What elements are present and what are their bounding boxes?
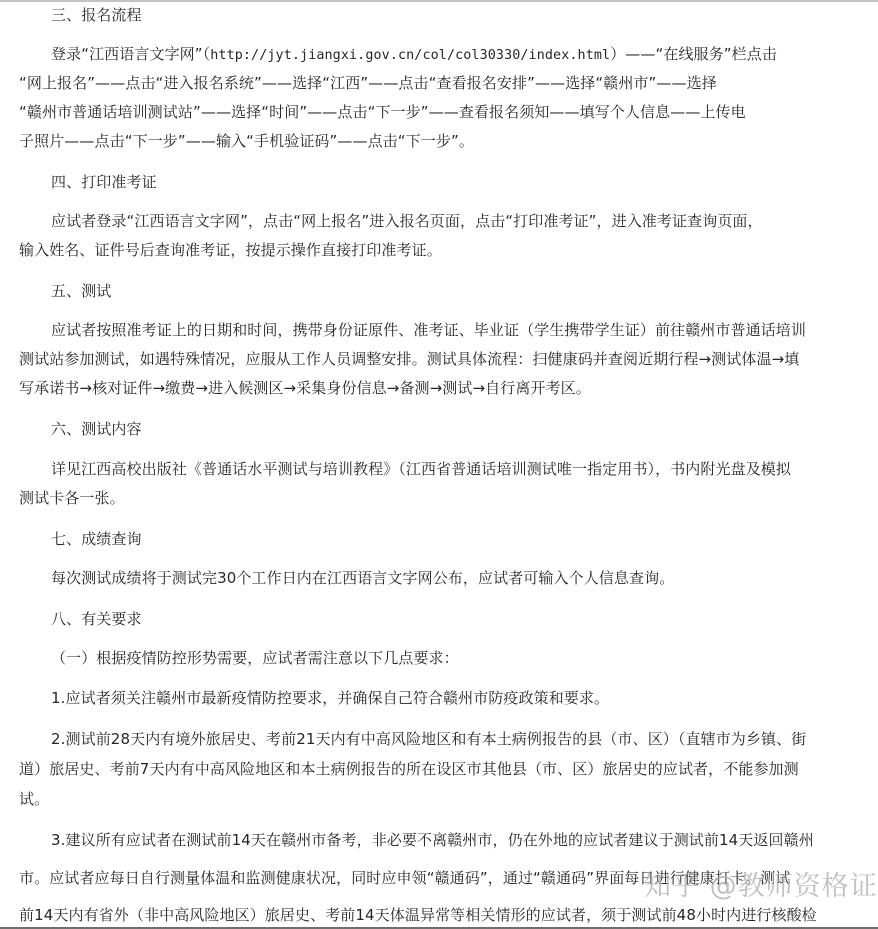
- zhihu-watermark: 知乎 @教师资格证: [644, 872, 878, 902]
- section-heading-test: 五、测试: [51, 281, 111, 301]
- section-heading-admission-ticket: 四、打印准考证: [51, 172, 157, 192]
- registration-line-1: 登录“江西语言文字网”（http://jyt.jiangxi.gov.cn/co…: [51, 44, 777, 66]
- test-line-1: 应试者按照准考证上的日期和时间，携带身份证原件、准考证、毕业证（学生携带学生证）…: [51, 320, 806, 340]
- top-border: [0, 0, 878, 2]
- section-heading-registration: 三、报名流程: [51, 5, 142, 25]
- requirement-item-1: 1.应试者须关注赣州市最新疫情防控要求，并确保自己符合赣州市防疫政策和要求。: [51, 688, 609, 708]
- requirement-item-2-line-3: 试。: [19, 789, 49, 809]
- content-line-1: 详见江西高校出版社《普通话水平测试与培训教程》（江西省普通话培训测试唯一指定用书…: [51, 459, 791, 479]
- test-line-2: 测试站参加测试，如遇特殊情况，应服从工作人员调整安排。测试具体流程：扫健康码并查…: [19, 349, 799, 369]
- content-line-2: 测试卡各一张。: [19, 488, 125, 508]
- admission-line-1: 应试者登录“江西语言文字网”，点击“网上报名”进入报名页面，点击“打印准考证”，…: [51, 211, 763, 231]
- score-line-1: 每次测试成绩将于测试完30个工作日内在江西语言文字网公布，应试者可输入个人信息查…: [51, 568, 674, 588]
- section-heading-test-content: 六、测试内容: [51, 419, 142, 439]
- admission-line-2: 输入姓名、证件号后查询准考证，按提示操作直接打印准考证。: [19, 240, 442, 260]
- registration-line-3: “赣州市普通话培训测试站”——选择“时间”——点击“下一步”——查看报名须知——…: [19, 102, 746, 122]
- section-heading-score-query: 七、成绩查询: [51, 529, 142, 549]
- registration-line-2: “网上报名”——点击“进入报名系统”——选择“江西”——点击“查看报名安排”——…: [19, 73, 717, 93]
- requirement-item-2-line-2: 道）旅居史、考前7天内有中高风险地区和本土病例报告的所在设区市其他县（市、区）旅…: [19, 759, 799, 779]
- test-line-3: 写承诺书→核对证件→缴费→进入候测区→采集身份信息→备测→测试→自行离开考区。: [19, 378, 591, 398]
- registration-url-link[interactable]: http://jyt.jiangxi.gov.cn/col/col30330/i…: [210, 48, 610, 63]
- registration-line-4: 子照片——点击“下一步”——输入“手机验证码”——点击“下一步”。: [19, 131, 474, 151]
- section-heading-requirements: 八、有关要求: [51, 609, 142, 629]
- requirement-item-3-line-1: 3.建议所有应试者在测试前14天在赣州市备考，非必要不离赣州市，仍在外地的应试者…: [51, 830, 814, 850]
- requirement-item-2-line-1: 2.测试前28天内有境外旅居史、考前21天内有中高风险地区和有本土病例报告的县（…: [51, 729, 806, 749]
- requirements-intro: （一）根据疫情防控形势需要，应试者需注意以下几点要求：: [51, 648, 459, 668]
- requirement-item-3-line-3: 前14天内有省外（非中高风险地区）旅居史、考前14天体温异常等相关情形的应试者，…: [19, 905, 817, 925]
